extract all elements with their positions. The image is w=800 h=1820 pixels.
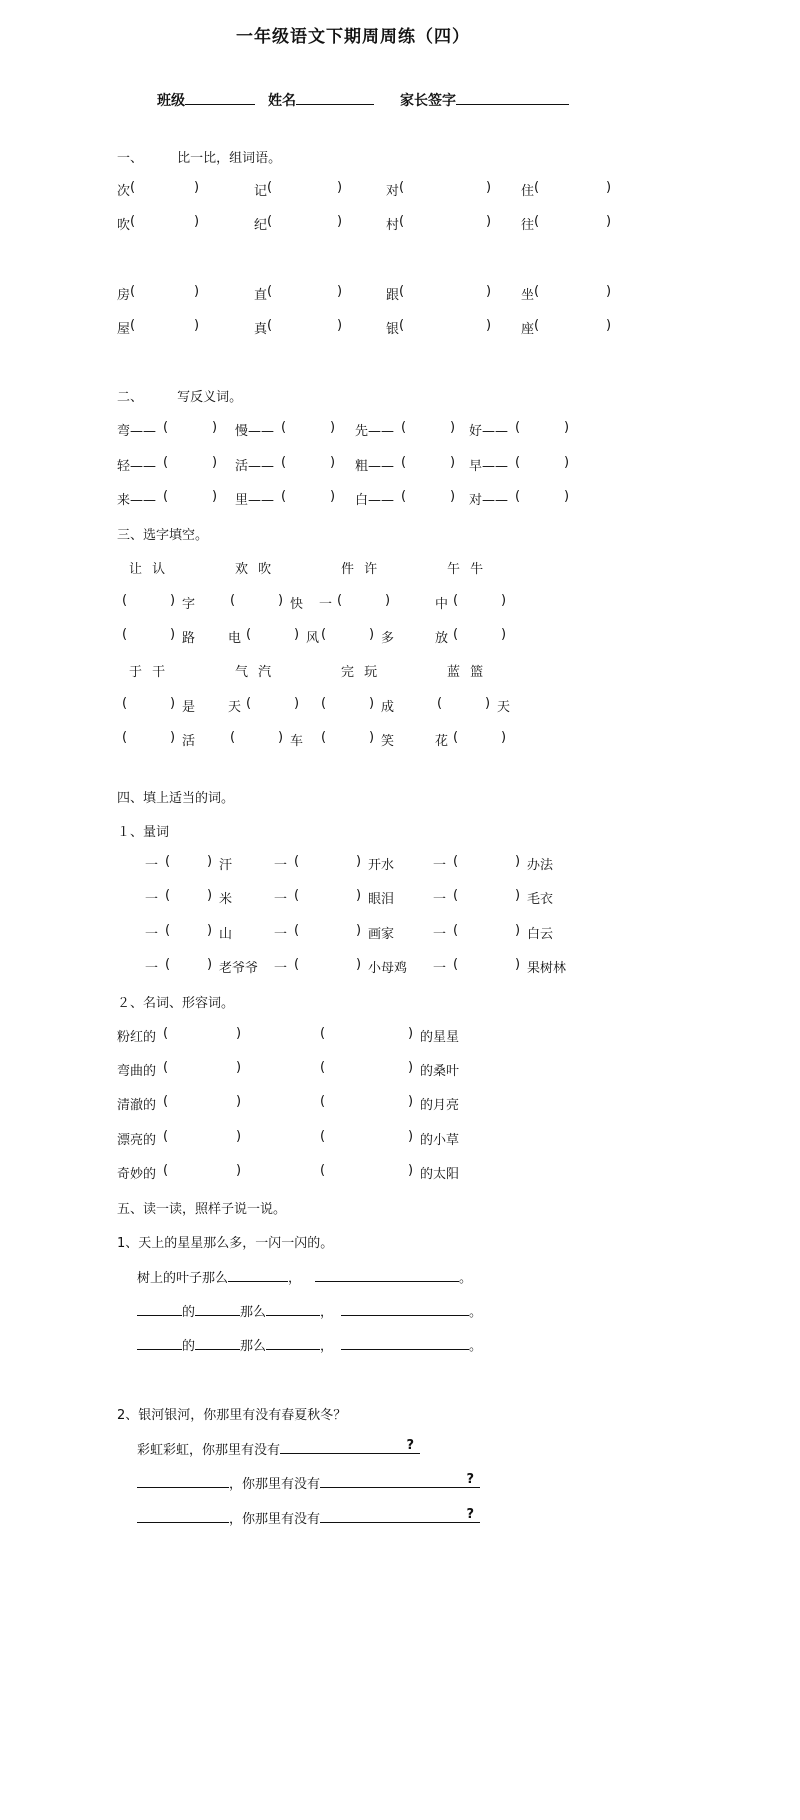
noun-text: 的小草 [420,1129,459,1148]
q2-line3-blank1[interactable] [137,1508,229,1523]
open-paren: ( [399,214,404,229]
adjective-text: 清澈的 [117,1098,156,1113]
open-paren: ( [399,318,404,333]
open-paren: ( [320,1094,325,1109]
yi-prefix: 一 [433,961,446,976]
yi-prefix: 一 [433,858,446,873]
choice-pair: 欢 吹 [235,558,271,577]
parent-signature-field[interactable]: 家长签字 [400,90,569,110]
open-paren: ( [453,627,458,642]
word-fill-item[interactable]: 座 ( ) [521,318,534,337]
pre-text: 电 [228,631,241,646]
open-paren: ( [130,180,135,195]
post-text: 快 [290,593,303,612]
close-paren: ) [408,1060,413,1075]
namo-text: 那么 [240,1305,266,1320]
close-paren: ) [385,593,390,608]
post-text: 字 [182,593,195,612]
open-paren: ( [163,1163,168,1178]
measure-word-item[interactable]: 一 ( ) 山 [145,923,158,942]
pre-text: 中 [435,597,448,612]
section4-heading: 四、填上适当的词。 [117,787,234,806]
open-paren: ( [453,730,458,745]
open-paren: ( [267,180,272,195]
q1-line2-blank2[interactable] [195,1301,240,1316]
measure-word-item[interactable]: 一 ( ) 老爷爷 [145,957,158,976]
close-paren: ) [501,593,506,608]
post-text: 活 [182,730,195,749]
measure-word-item[interactable]: 一 ( ) 白云 [433,923,446,942]
word-fill-item[interactable]: 村 ( ) [386,214,399,233]
base-char: 住 [521,184,534,199]
noun-text: 小母鸡 [368,957,407,976]
open-paren: ( [294,957,299,972]
word-fill-item[interactable]: 往 ( ) [521,214,534,233]
yi-prefix: 一 [145,858,158,873]
close-paren: ) [294,627,299,642]
dash: —— [368,424,394,439]
open-paren: ( [246,696,251,711]
question-mark: ? [466,1472,474,1487]
adjective-text: 粉红的 [117,1030,156,1045]
name-field[interactable]: 姓名 [268,90,374,110]
close-paren: ) [236,1163,241,1178]
question-mark: ? [466,1507,474,1522]
close-paren: ) [212,455,217,470]
noun-text: 眼泪 [368,888,394,907]
open-paren: ( [294,854,299,869]
open-paren: ( [267,214,272,229]
de-text: 的 [182,1339,195,1354]
measure-word-item[interactable]: 一 ( ) 米 [145,888,158,907]
q2-line1-text: 彩虹彩虹，你那里有没有 [137,1443,280,1458]
comma: ， [320,1305,333,1320]
period: 。 [469,1339,482,1354]
q1-line1-text: 树上的叶子那么 [137,1271,228,1286]
close-paren: ) [212,420,217,435]
open-paren: ( [122,696,127,711]
base-char: 跟 [386,288,399,303]
open-paren: ( [163,489,168,504]
q1-line3-blank3[interactable] [266,1335,320,1350]
base-char: 早 [469,459,482,474]
antonym-item[interactable]: 来—— ( ) [117,489,156,508]
q1-line1-blank1[interactable] [228,1267,288,1282]
q2-line1-blank[interactable]: ? [280,1439,420,1454]
noun-text: 毛衣 [527,888,553,907]
close-paren: ) [564,420,569,435]
open-paren: ( [321,730,326,745]
measure-word-item[interactable]: 一 ( ) 画家 [274,923,287,942]
close-paren: ) [408,1129,413,1144]
noun-text: 老爷爷 [219,957,258,976]
q2-line2-blank2[interactable]: ? [320,1473,480,1488]
open-paren: ( [130,318,135,333]
close-paren: ) [450,489,455,504]
open-paren: ( [453,888,458,903]
close-paren: ) [337,214,342,229]
close-paren: ) [501,730,506,745]
noun-text: 的太阳 [420,1163,459,1182]
close-paren: ) [606,214,611,229]
q2-line2-text: ，你那里有没有 [229,1477,320,1492]
page-title: 一年级语文下期周周练（四） [236,22,470,47]
open-paren: ( [165,957,170,972]
close-paren: ) [408,1026,413,1041]
post-text: 天 [497,696,510,715]
post-text: 笑 [381,730,394,749]
base-char: 活 [235,459,248,474]
close-paren: ) [236,1129,241,1144]
open-paren: ( [281,455,286,470]
close-paren: ) [207,888,212,903]
close-paren: ) [278,730,283,745]
section2-number: 二、 [117,390,143,405]
close-paren: ) [194,214,199,229]
close-paren: ) [212,489,217,504]
open-paren: ( [163,1094,168,1109]
fill-char-item[interactable]: 一 ( ) [319,593,429,612]
open-paren: ( [515,420,520,435]
dash: —— [248,459,274,474]
post-text: 路 [182,627,195,646]
comma: ， [320,1339,333,1354]
choice-pair: 件 许 [341,558,377,577]
open-paren: ( [122,593,127,608]
q1-example: 1、天上的星星那么多，一闪一闪的。 [117,1232,333,1251]
yi-prefix: 一 [274,927,287,942]
dash: —— [130,493,156,508]
close-paren: ) [330,455,335,470]
dash: —— [248,493,274,508]
open-paren: ( [294,923,299,938]
antonym-item[interactable]: 白—— ( ) [355,489,394,508]
measure-word-item[interactable]: 一 ( ) 开水 [274,854,287,873]
adjective-noun-item-left[interactable]: 粉红的 ( ) [117,1026,156,1045]
q2-example: 2、银河银河，你那里有没有春夏秋冬？ [117,1404,346,1423]
open-paren: ( [320,1129,325,1144]
question-mark: ? [406,1438,414,1453]
word-fill-item[interactable]: 记 ( ) [254,180,267,199]
parent-signature-label: 家长签字 [400,93,456,109]
close-paren: ) [515,957,520,972]
open-paren: ( [453,854,458,869]
close-paren: ) [486,284,491,299]
close-paren: ) [194,180,199,195]
word-fill-item[interactable]: 房 ( ) [117,284,130,303]
open-paren: ( [281,489,286,504]
close-paren: ) [408,1163,413,1178]
open-paren: ( [399,284,404,299]
word-fill-item[interactable]: 次 ( ) [117,180,130,199]
open-paren: ( [163,420,168,435]
q2-line3-text: ，你那里有没有 [229,1512,320,1527]
open-paren: ( [321,627,326,642]
word-fill-item[interactable]: 坐 ( ) [521,284,534,303]
dash: —— [368,493,394,508]
noun-text: 的星星 [420,1026,459,1045]
close-paren: ) [194,318,199,333]
yi-prefix: 一 [145,961,158,976]
antonym-item[interactable]: 活—— ( ) [235,455,274,474]
close-paren: ) [337,284,342,299]
section1-heading: 一、 比一比，组词语。 [117,147,281,166]
base-char: 次 [117,184,130,199]
base-char: 来 [117,493,130,508]
choice-pair: 让 认 [129,558,165,577]
q2-line2-blank1[interactable] [137,1473,229,1488]
measure-word-item[interactable]: 一 ( ) 眼泪 [274,888,287,907]
antonym-item[interactable]: 好—— ( ) [469,420,508,439]
antonym-item[interactable]: 慢—— ( ) [235,420,274,439]
adjective-noun-item-left[interactable]: 弯曲的 ( ) [117,1060,156,1079]
close-paren: ) [236,1026,241,1041]
close-paren: ) [330,489,335,504]
base-char: 坐 [521,288,534,303]
close-paren: ) [564,489,569,504]
q2-line3: ，你那里有没有? [137,1508,480,1527]
open-paren: ( [320,1026,325,1041]
adjective-text: 弯曲的 [117,1064,156,1079]
open-paren: ( [515,489,520,504]
close-paren: ) [450,420,455,435]
close-paren: ) [606,180,611,195]
open-paren: ( [321,696,326,711]
close-paren: ) [515,854,520,869]
base-char: 对 [469,493,482,508]
noun-text: 汗 [219,854,232,873]
close-paren: ) [170,696,175,711]
base-char: 记 [254,184,267,199]
open-paren: ( [515,455,520,470]
q1-line1-blank2[interactable] [315,1267,459,1282]
namo-text: 那么 [240,1339,266,1354]
base-char: 轻 [117,459,130,474]
antonym-item[interactable]: 对—— ( ) [469,489,508,508]
antonym-item[interactable]: 弯—— ( ) [117,420,156,439]
close-paren: ) [485,696,490,711]
antonym-item[interactable]: 早—— ( ) [469,455,508,474]
noun-text: 办法 [527,854,553,873]
base-char: 对 [386,184,399,199]
choice-pair: 于 干 [129,661,165,680]
close-paren: ) [450,455,455,470]
section1-number: 一、 [117,151,143,166]
antonym-item[interactable]: 轻—— ( ) [117,455,156,474]
open-paren: ( [320,1163,325,1178]
open-paren: ( [165,854,170,869]
q1-line2-blank3[interactable] [266,1301,320,1316]
close-paren: ) [337,318,342,333]
section2-heading: 二、 写反义词。 [117,386,242,405]
adjective-noun-item-left[interactable]: 清澈的 ( ) [117,1094,156,1113]
close-paren: ) [236,1060,241,1075]
fill-char-item[interactable]: 花 ( ) [435,730,545,749]
close-paren: ) [369,730,374,745]
open-paren: ( [453,957,458,972]
q2-line1: 彩虹彩虹，你那里有没有? [137,1439,420,1458]
close-paren: ) [337,180,342,195]
open-paren: ( [281,420,286,435]
close-paren: ) [486,180,491,195]
base-char: 直 [254,288,267,303]
pre-text: 花 [435,734,448,749]
antonym-item[interactable]: 先—— ( ) [355,420,394,439]
close-paren: ) [515,888,520,903]
close-paren: ) [606,318,611,333]
open-paren: ( [130,284,135,299]
base-char: 往 [521,218,534,233]
measure-word-item[interactable]: 一 ( ) 小母鸡 [274,957,287,976]
word-fill-item[interactable]: 对 ( ) [386,180,399,199]
close-paren: ) [356,957,361,972]
dash: —— [130,424,156,439]
open-paren: ( [163,455,168,470]
open-paren: ( [165,923,170,938]
name-blank[interactable] [296,90,374,105]
base-char: 村 [386,218,399,233]
q1-line2: 的那么，。 [137,1301,482,1320]
word-fill-item[interactable]: 住 ( ) [521,180,534,199]
open-paren: ( [453,593,458,608]
q1-line3-blank1[interactable] [137,1335,182,1350]
base-char: 房 [117,288,130,303]
close-paren: ) [170,730,175,745]
dash: —— [482,459,508,474]
close-paren: ) [356,854,361,869]
choice-pair: 午 牛 [447,558,483,577]
close-paren: ) [356,888,361,903]
fill-char-item[interactable]: 放 ( ) [435,627,545,646]
dash: —— [368,459,394,474]
section4-sub2-heading: ２、名词、形容词。 [117,992,234,1011]
base-char: 真 [254,322,267,337]
close-paren: ) [515,923,520,938]
word-fill-item[interactable]: 屋 ( ) [117,318,130,337]
antonym-item[interactable]: 粗—— ( ) [355,455,394,474]
close-paren: ) [369,627,374,642]
close-paren: ) [408,1094,413,1109]
open-paren: ( [230,730,235,745]
close-paren: ) [606,284,611,299]
measure-word-item[interactable]: 一 ( ) 汗 [145,854,158,873]
measure-word-item[interactable]: 一 ( ) 果树林 [433,957,446,976]
class-blank[interactable] [185,90,255,105]
noun-text: 果树林 [527,957,566,976]
post-text: 是 [182,696,195,715]
adjective-noun-item-left[interactable]: 漂亮的 ( ) [117,1129,156,1148]
adjective-text: 漂亮的 [117,1133,156,1148]
fill-char-item[interactable]: 中 ( ) [435,593,545,612]
open-paren: ( [163,1129,168,1144]
section1-title: 比一比，组词语。 [177,151,281,166]
yi-prefix: 一 [274,892,287,907]
word-fill-item[interactable]: 直 ( ) [254,284,267,303]
post-text: 车 [290,730,303,749]
close-paren: ) [330,420,335,435]
open-paren: ( [401,420,406,435]
close-paren: ) [356,923,361,938]
close-paren: ) [294,696,299,711]
open-paren: ( [165,888,170,903]
de-text: 的 [182,1305,195,1320]
close-paren: ) [207,854,212,869]
open-paren: ( [267,318,272,333]
word-fill-item[interactable]: 跟 ( ) [386,284,399,303]
word-fill-item[interactable]: 真 ( ) [254,318,267,337]
noun-text: 米 [219,888,232,907]
word-fill-item[interactable]: 银 ( ) [386,318,399,337]
open-paren: ( [437,696,442,711]
close-paren: ) [486,318,491,333]
close-paren: ) [501,627,506,642]
open-paren: ( [122,730,127,745]
period: 。 [459,1271,472,1286]
q1-line3-blank2[interactable] [195,1335,240,1350]
close-paren: ) [207,923,212,938]
base-char: 粗 [355,459,368,474]
name-label: 姓名 [268,93,296,109]
close-paren: ) [236,1094,241,1109]
post-text: 多 [381,627,394,646]
open-paren: ( [246,627,251,642]
base-char: 座 [521,322,534,337]
section2-title: 写反义词。 [177,390,242,405]
choice-pair: 气 汽 [235,661,271,680]
yi-prefix: 一 [433,927,446,942]
class-field[interactable]: 班级 [157,90,255,110]
close-paren: ) [170,627,175,642]
open-paren: ( [163,1060,168,1075]
open-paren: ( [230,593,235,608]
open-paren: ( [534,180,539,195]
open-paren: ( [401,455,406,470]
q1-line2-blank1[interactable] [137,1301,182,1316]
noun-text: 白云 [527,923,553,942]
period: 。 [469,1305,482,1320]
open-paren: ( [401,489,406,504]
yi-prefix: 一 [274,858,287,873]
word-fill-item[interactable]: 纪 ( ) [254,214,267,233]
open-paren: ( [534,318,539,333]
base-char: 里 [235,493,248,508]
close-paren: ) [170,593,175,608]
q2-line3-blank2[interactable]: ? [320,1508,480,1523]
q1-line3-blank4[interactable] [341,1335,469,1350]
comma: ， [288,1271,301,1286]
post-text: 成 [381,696,394,715]
noun-text: 画家 [368,923,394,942]
pre-text: 放 [435,631,448,646]
base-char: 慢 [235,424,248,439]
q1-line1: 树上的叶子那么，。 [137,1267,472,1286]
antonym-item[interactable]: 里—— ( ) [235,489,274,508]
base-char: 先 [355,424,368,439]
base-char: 纪 [254,218,267,233]
measure-word-item[interactable]: 一 ( ) 办法 [433,854,446,873]
parent-signature-blank[interactable] [456,90,569,105]
q2-line2: ，你那里有没有? [137,1473,480,1492]
q1-line2-blank4[interactable] [341,1301,469,1316]
open-paren: ( [122,627,127,642]
noun-text: 开水 [368,854,394,873]
open-paren: ( [163,1026,168,1041]
adjective-noun-item-left[interactable]: 奇妙的 ( ) [117,1163,156,1182]
dash: —— [248,424,274,439]
measure-word-item[interactable]: 一 ( ) 毛衣 [433,888,446,907]
close-paren: ) [486,214,491,229]
word-fill-item[interactable]: 吹 ( ) [117,214,130,233]
